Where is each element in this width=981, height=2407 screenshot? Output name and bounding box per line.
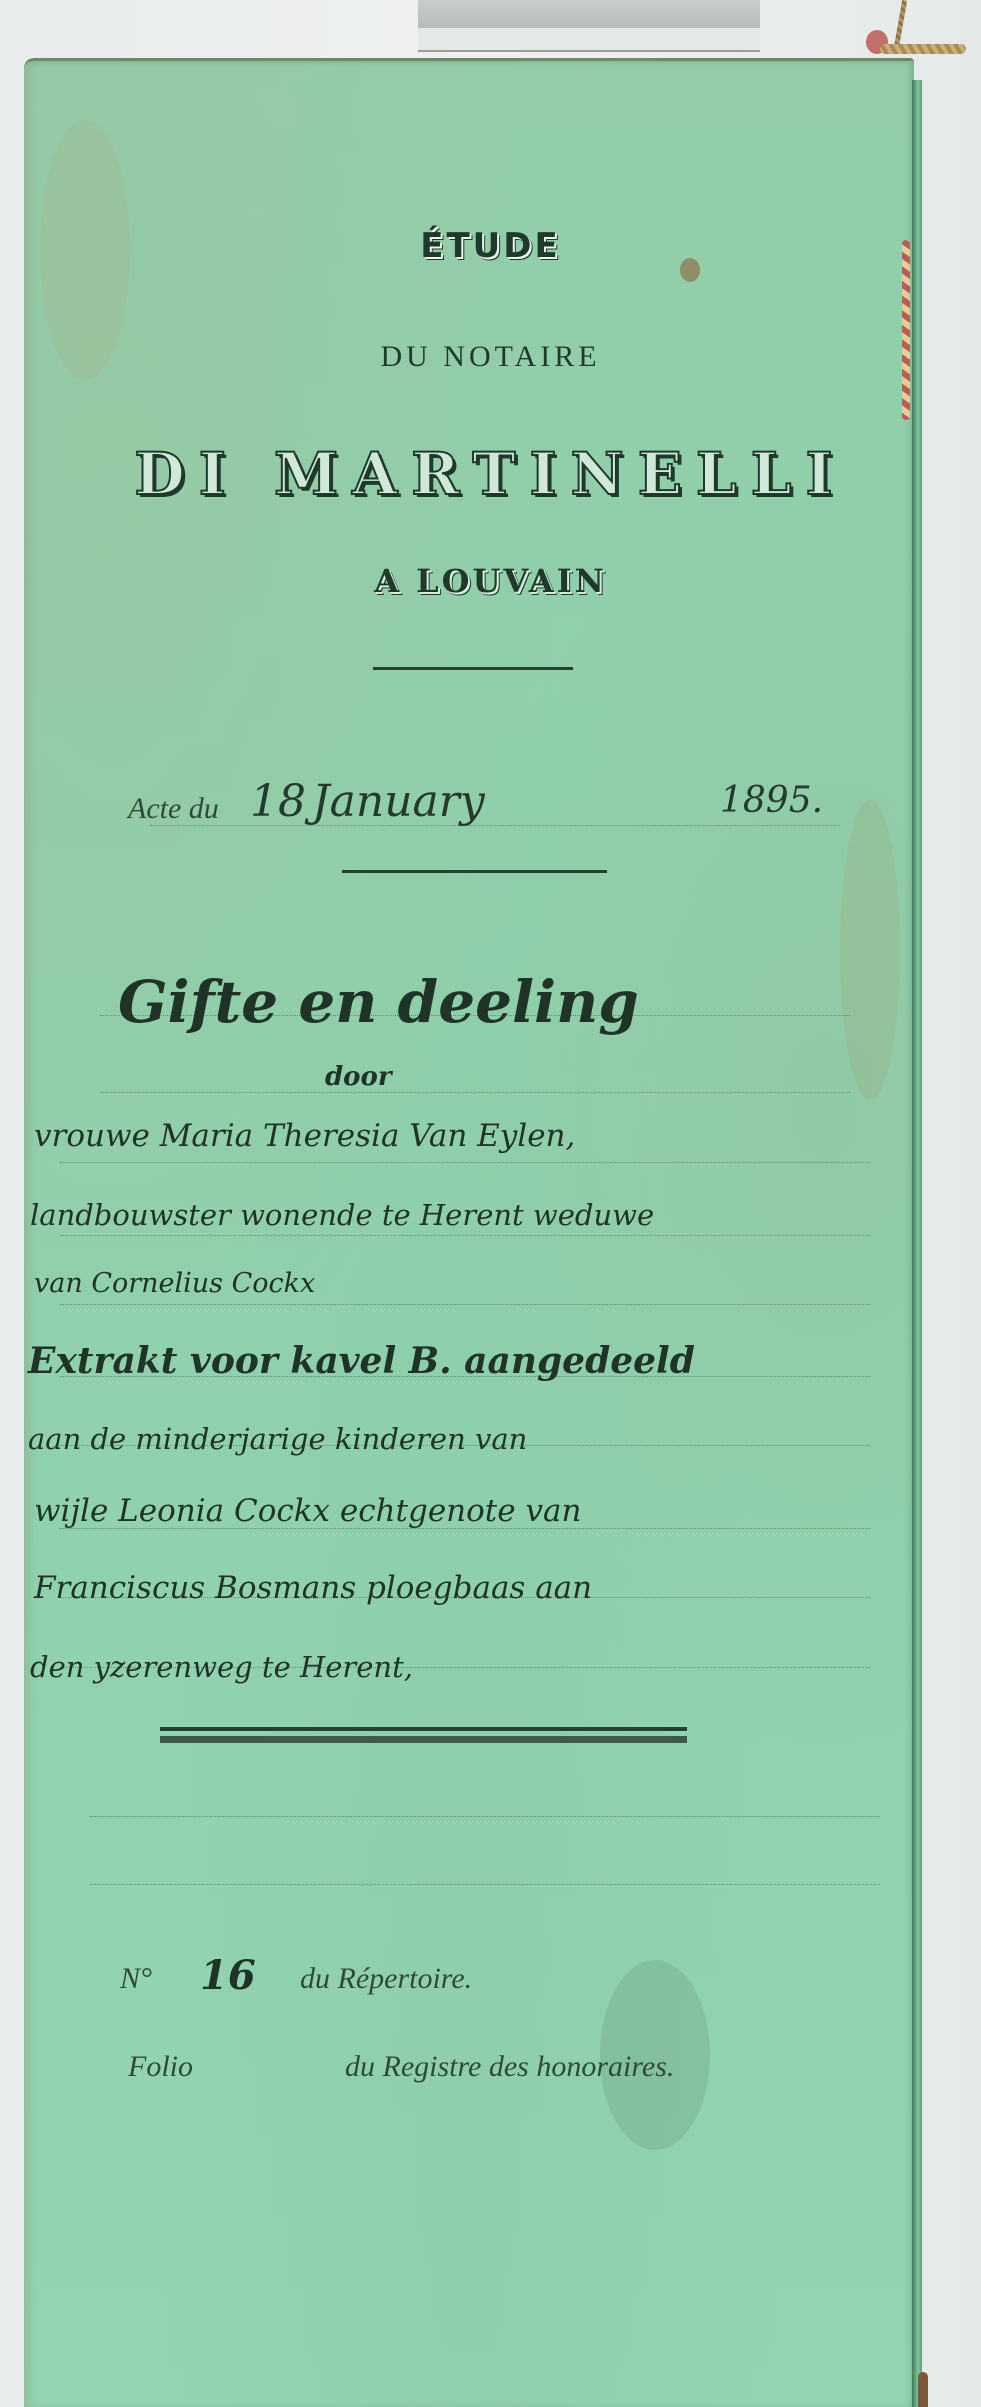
ruling-line [100,1092,850,1093]
location-heading: A LOUVAIN [0,562,981,600]
header-divider [373,667,573,670]
acte-label: Acte du [128,792,219,826]
du-notaire-heading: DU NOTAIRE [0,340,981,374]
etude-heading: ÉTUDE [0,226,981,266]
handwritten-line: den yzerenweg te Herent, [30,1650,413,1684]
acte-year: 1895. [720,780,823,821]
handwritten-line: wijle Leonia Cockx echtgenote van [34,1493,581,1529]
spine-edge [912,80,922,2407]
handwritten-line: Extrakt voor kavel B. aangedeeld [28,1340,695,1382]
ruling-line [60,1304,870,1305]
handwritten-line: vrouwe Maria Theresia Van Eylen, [34,1118,575,1154]
binding-string-tail-icon [880,44,966,54]
handwritten-line: Franciscus Bosmans ploegbaas aan [34,1570,592,1606]
folio-label: Folio [128,2050,193,2084]
registre-label: du Registre des honoraires. [345,2050,674,2084]
ruling-line [90,1816,880,1817]
ruling-line [90,1884,880,1885]
binding-cord-bottom-icon [918,2372,928,2407]
handwritten-line: aan de minderjarige kinderen van [28,1422,527,1456]
act-title: Gifte en deeling [118,968,639,1036]
acte-divider [342,870,607,873]
repertoire-number: 16 [200,1952,256,1999]
closing-rule-top [160,1727,687,1731]
handwritten-line: landbouwster wonende te Herent weduwe [30,1198,654,1232]
closing-rule-bottom [160,1736,687,1743]
acte-day: 18 [250,776,306,827]
scanner-tab-lip [418,28,760,52]
binding-cord-icon [902,240,910,420]
repertoire-label: du Répertoire. [300,1962,472,1996]
repertoire-no-label: N° [120,1962,152,1996]
notary-name-heading: DI MARTINELLI [0,440,981,508]
acte-month: January [312,776,485,827]
scanner-tab [418,0,760,28]
act-door: door [325,1062,392,1092]
handwritten-line: van Cornelius Cockx [34,1268,315,1299]
ruling-line [60,1235,870,1236]
ruling-line [60,1162,870,1163]
